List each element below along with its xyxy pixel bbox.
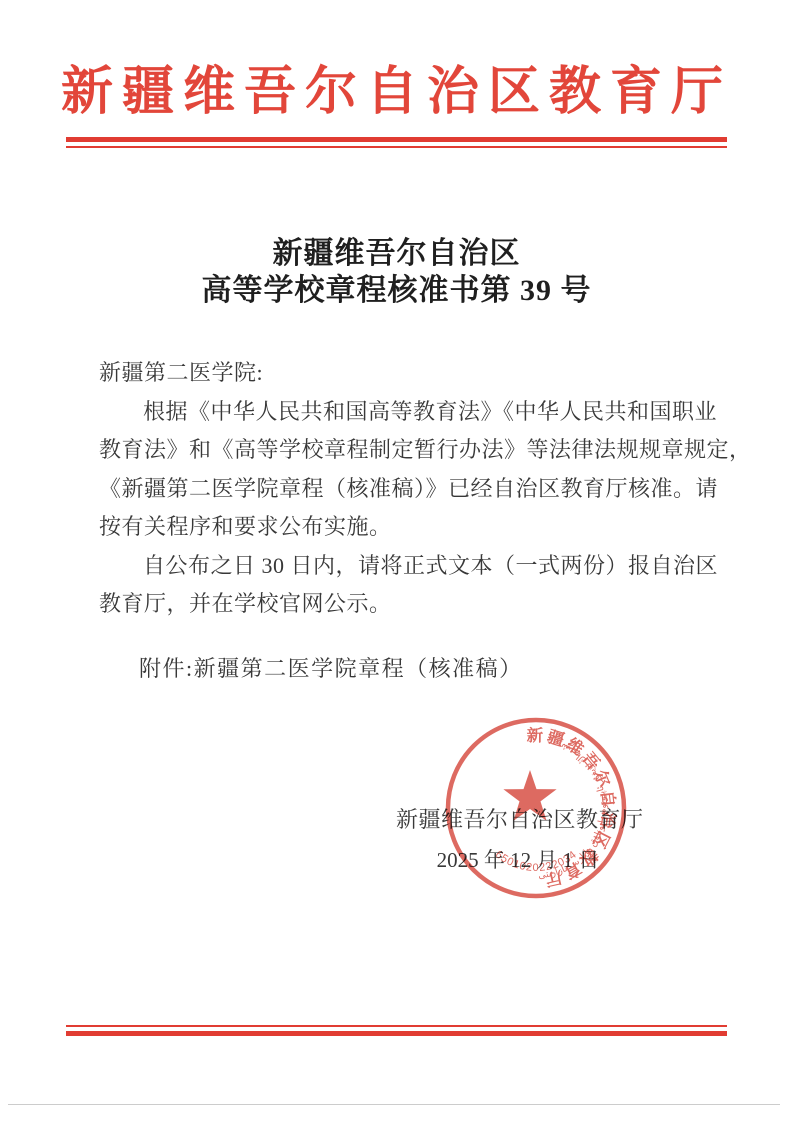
scan-edge-line <box>8 1104 780 1105</box>
body-line: 《新疆第二医学院章程（核准稿）》已经自治区教育厅核准。请 <box>99 470 724 509</box>
body-line: 根据《中华人民共和国高等教育法》《中华人民共和国职业 <box>99 393 724 432</box>
header-rule-thin <box>66 146 727 148</box>
seal-star-icon <box>503 770 556 821</box>
document-title-line2: 高等学校章程核准书第 39 号 <box>0 272 793 309</box>
salutation-line: 新疆第二医学院: <box>99 354 724 393</box>
body-line: 教育厅，并在学校官网公示。 <box>99 585 724 624</box>
body-line: 按有关程序和要求公布实施。 <box>99 508 724 547</box>
letterhead-agency-title: 新疆维吾尔自治区教育厅 <box>0 64 793 122</box>
official-seal-stamp: 新疆维吾尔自治区教育厅 شىنجاڭ ئۇيغۇر ئاپتونوم رايون… <box>441 713 631 903</box>
document-title: 新疆维吾尔自治区 高等学校章程核准书第 39 号 <box>0 235 793 309</box>
footer-rule-thick <box>66 1031 727 1036</box>
body-line: 自公布之日 30 日内，请将正式文本（一式两份）报自治区 <box>99 547 724 586</box>
footer-rule-thin <box>66 1025 727 1027</box>
document-title-line1: 新疆维吾尔自治区 <box>0 235 793 272</box>
header-rule-thick <box>66 137 727 142</box>
body-line: 教育法》和《高等学校章程制定暂行办法》等法律法规规章规定， <box>99 431 724 470</box>
document-page: 新疆维吾尔自治区教育厅 新疆维吾尔自治区 高等学校章程核准书第 39 号 新疆第… <box>0 0 793 1121</box>
attachment-line: 附件:新疆第二医学院章程（核准稿） <box>139 652 523 686</box>
body-text: 新疆第二医学院: 根据《中华人民共和国高等教育法》《中华人民共和国职业 教育法》… <box>99 354 724 624</box>
